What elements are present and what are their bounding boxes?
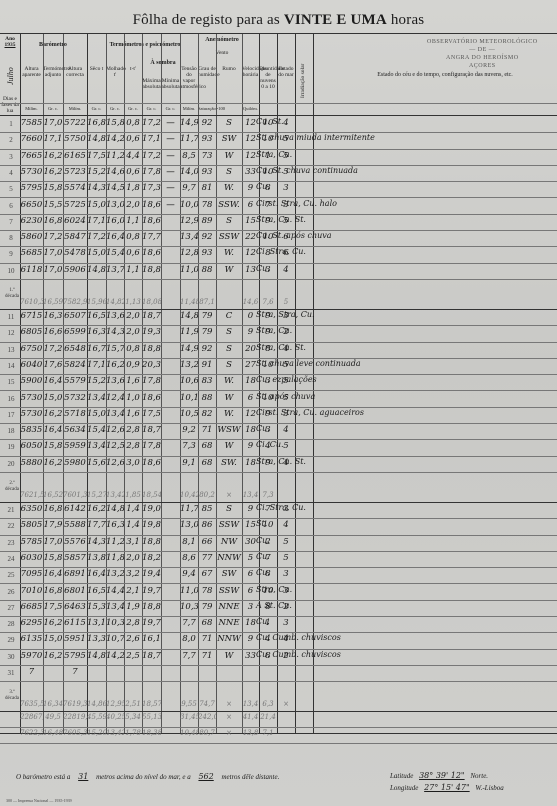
cell-diff: 1,1	[124, 216, 142, 226]
table-row: 23578517,0557614,311,23,118,88,166NW3025…	[0, 536, 557, 552]
cell-term_adj: 17,6	[43, 360, 63, 370]
cell-max: 17,2	[142, 118, 161, 128]
table-row: 26701016,8680116,514,42,119,711,078SSW61…	[0, 585, 557, 601]
cell-tensao: 9,1	[180, 458, 198, 468]
year-cell: Ano 1935	[0, 36, 20, 48]
cell-rumo: NNW	[216, 553, 242, 563]
cell-nuvens: 7,6	[259, 298, 277, 306]
cell-humid: 88	[198, 393, 216, 403]
cell-seco: 15,6	[87, 458, 106, 468]
cell-term_adj: 15,8	[43, 183, 63, 193]
baro-distance: 562	[192, 772, 219, 781]
stamp-line2: — DE —	[427, 46, 538, 54]
cell-min: —	[161, 151, 180, 161]
cell-veloc: 14,6	[242, 298, 259, 306]
cell-alt_corr: 6548	[63, 344, 87, 354]
cell-diff: 2,0	[124, 311, 142, 321]
total-diff: 1,78	[124, 729, 142, 737]
cell-humid: 74,7	[198, 700, 216, 708]
column-header-humid: Grau de humidade	[198, 66, 216, 78]
cell-term_adj: 16,8	[43, 504, 63, 514]
cell-alt_ap: 7665	[20, 151, 43, 161]
column-unit-humid: Saturação=100	[198, 106, 216, 112]
total-alt_corr: 22819,12	[63, 713, 87, 721]
cell-diff: 3,2	[124, 569, 142, 579]
table-row: 5579515,8557414,314,51,817,3—9,781W.983C…	[0, 182, 557, 198]
cell-term_adj: 16,2	[43, 151, 63, 161]
cell-alt_ap: 5805	[20, 520, 43, 530]
cell-alt_corr: 5847	[63, 232, 87, 242]
cell-rumo: SW.	[216, 458, 242, 468]
cell-humid: 77	[198, 553, 216, 563]
cell-max: 18,7	[142, 651, 161, 661]
cell-alt_corr: 5722	[63, 118, 87, 128]
cell-diff: 2,51	[124, 700, 142, 708]
weather-remarks: Cu. ezpalações	[256, 375, 317, 384]
cell-seco: 16,8	[87, 118, 106, 128]
cell-diff: 0,8	[124, 118, 142, 128]
day-number: 29	[4, 636, 18, 644]
weather-remarks: St.	[256, 519, 267, 528]
day-number: 30	[4, 653, 18, 661]
cell-term_adj: 16,34	[43, 700, 63, 708]
cell-diff: 1,9	[124, 602, 142, 612]
day-number: 11	[4, 313, 18, 321]
table-row: 1758517,0572216,815,80,817,2—14,992S1210…	[0, 117, 557, 133]
row-rule	[0, 743, 557, 744]
cell-tensao: 12,9	[180, 216, 198, 226]
cell-molhado: 16,4	[106, 232, 124, 242]
total-veloc: 13,8	[242, 729, 259, 737]
cell-molhado: 12,5	[106, 441, 124, 451]
stamp-line1: OBSERVATÓRIO METEOROLÓGICO	[427, 38, 538, 46]
cell-molhado: 14,2	[106, 651, 124, 661]
cell-term_adj: 17,0	[43, 265, 63, 275]
cell-diff: 1,0	[124, 393, 142, 403]
cell-min: —	[161, 167, 180, 177]
cell-seco: 15,96	[87, 298, 106, 306]
cell-seco: 14,8	[87, 134, 106, 144]
cell-molhado: 11,2	[106, 537, 124, 547]
day-number: 16	[4, 395, 18, 403]
cell-molhado: 14,3	[106, 327, 124, 337]
table-row: 4573016,2572315,214,60,617,8—14,093S3310…	[0, 166, 557, 182]
total-humid: 242,0	[198, 713, 216, 721]
cell-alt_ap: 7660	[20, 134, 43, 144]
cell-alt_corr: 6115	[63, 618, 87, 628]
cell-diff: 4,4	[124, 151, 142, 161]
cell-molhado: 12,6	[106, 425, 124, 435]
cell-seco: 17,2	[87, 232, 106, 242]
column-header-alt_ap: Altura aparente	[20, 66, 43, 78]
cell-rumo: NNW	[216, 634, 242, 644]
cell-diff: 2,1	[124, 586, 142, 596]
cell-diff: 3,0	[124, 458, 142, 468]
year-value: 1935	[0, 42, 20, 48]
cell-seco: 17,5	[87, 151, 106, 161]
total-diff: 5,34	[124, 713, 142, 721]
table-row: 9568517,0547815,015,40,618,612,893W.1286…	[0, 247, 557, 263]
cell-rumo: S	[216, 327, 242, 337]
cell-alt_corr: 5478	[63, 248, 87, 258]
cell-tensao: 11,0	[180, 586, 198, 596]
imprint: 300 — Imprensa Nacional — 1935-1939	[6, 798, 72, 803]
day-number: 6	[4, 202, 18, 210]
cell-term_adj: 16,3	[43, 311, 63, 321]
cell-tensao: 13,0	[180, 520, 198, 530]
cell-rumo: SSW.	[216, 200, 242, 210]
cell-mar: 3	[277, 569, 295, 579]
cell-tensao: 7,3	[180, 441, 198, 451]
cell-max: 18,6	[142, 200, 161, 210]
weather-remarks: Cu. Cumb. chuviscos	[256, 633, 341, 642]
table-row: 7623016,8602417,116,01,118,612,989S1595S…	[0, 215, 557, 231]
column-unit-veloc: Quilóm.	[242, 106, 259, 112]
group-wind: Vento	[204, 50, 240, 56]
cell-molhado: 14,5	[106, 183, 124, 193]
cell-humid: 68	[198, 458, 216, 468]
cell-max: 18,7	[142, 311, 161, 321]
table-row: 2766017,1575014,814,20,617,1—11,793SW121…	[0, 133, 557, 149]
decade-summary-row: 1.ª década7610,3516,597582,9415,9614,821…	[0, 280, 557, 310]
weather-remarks: St. chuva leve continuada	[256, 359, 361, 368]
weather-remarks: Cu.	[256, 182, 270, 191]
cell-diff: 2,8	[124, 441, 142, 451]
table-row: 14604017,6582417,116,20,920,313,291S2710…	[0, 359, 557, 375]
cell-alt_corr: 5725	[63, 200, 87, 210]
cell-tensao: 8,6	[180, 553, 198, 563]
cell-diff: 1,13	[124, 298, 142, 306]
cell-alt_ap: 6030	[20, 553, 43, 563]
title-prefix: Fôlha de registo para as	[133, 12, 280, 28]
cell-tensao: 7,7	[180, 651, 198, 661]
cell-rumo: W	[216, 151, 242, 161]
decade-label: 2.ª década	[2, 481, 22, 493]
cell-max: 16,1	[142, 634, 161, 644]
cell-seco: 17,1	[87, 216, 106, 226]
cell-tensao: 10,0	[180, 200, 198, 210]
cell-term_adj: 16,59	[43, 298, 63, 306]
day-number: 10	[4, 267, 18, 275]
cell-rumo: W	[216, 393, 242, 403]
total-seco: 45,59	[87, 713, 106, 721]
cell-mar: ×	[277, 700, 295, 708]
cell-max: 18,57	[142, 700, 161, 708]
cell-alt_ap: 7585	[20, 118, 43, 128]
column-unit-alt_ap: Milím.	[20, 106, 43, 112]
cell-diff: 2,0	[124, 327, 142, 337]
cell-seco: 16,7	[87, 344, 106, 354]
cell-molhado: 13,4	[106, 409, 124, 419]
cell-max: 19,3	[142, 327, 161, 337]
cell-alt_ap: 6750	[20, 344, 43, 354]
cell-nuvens: 6,3	[259, 700, 277, 708]
cell-max: 17,8	[142, 441, 161, 451]
cell-seco: 13,4	[87, 441, 106, 451]
column-header-diff: t-t'	[124, 66, 142, 72]
cell-alt_ap: 5835	[20, 425, 43, 435]
weather-remarks: Cu. St. após chuva	[256, 231, 332, 240]
total-nuvens: 21,4	[259, 713, 277, 721]
baro-suffix: metros dêle distante.	[221, 773, 279, 781]
cell-rumo: ×	[216, 491, 242, 499]
cell-alt_corr: 6463	[63, 602, 87, 612]
cell-alt_ap: 5730	[20, 409, 43, 419]
cell-humid: 86	[198, 520, 216, 530]
column-unit-alt_corr: Milím.	[63, 106, 87, 112]
day-number: 20	[4, 460, 18, 468]
observatory-stamp: OBSERVATÓRIO METEOROLÓGICO — DE — ANGRA …	[427, 38, 538, 70]
day-number: 2	[4, 136, 18, 144]
cell-term_adj: 15,0	[43, 634, 63, 644]
cell-alt_ap: 6230	[20, 216, 43, 226]
cell-veloc: 13,4	[242, 491, 259, 499]
barometer-note: O barómetro está a 31 metros acima do ní…	[16, 772, 279, 781]
cell-tensao: 7,7	[180, 618, 198, 628]
cell-molhado: 12,95	[106, 700, 124, 708]
longitude-value: 27° 15' 47"	[420, 783, 474, 792]
cell-seco: 13,3	[87, 634, 106, 644]
total-molhado: 40,25	[106, 713, 124, 721]
cell-rumo: S	[216, 360, 242, 370]
cell-alt_corr: 5588	[63, 520, 87, 530]
cell-rumo: ×	[216, 700, 242, 708]
cell-tensao: 9,55	[180, 700, 198, 708]
group-shade: À sombra	[145, 60, 181, 66]
weather-remarks: Stra, Cu. St.	[256, 457, 306, 466]
table-row: 22580517,9558817,716,31,419,813,086SSW15…	[0, 519, 557, 535]
total-humid: 80,7	[198, 729, 216, 737]
cell-alt_ap: 7610,35	[20, 298, 43, 306]
cell-term_adj: 16,2	[43, 618, 63, 628]
total-term_adj: 16,48	[43, 729, 63, 737]
cell-tensao: 12,8	[180, 248, 198, 258]
stamp-line4: AÇORES	[427, 62, 538, 70]
day-number: 9	[4, 250, 18, 258]
cell-seco: 16,3	[87, 327, 106, 337]
cell-seco: 14,8	[87, 651, 106, 661]
cell-alt_ap: 6040	[20, 360, 43, 370]
group-barometer: Barómetro	[20, 42, 86, 48]
cell-max: 19,7	[142, 618, 161, 628]
cell-diff: 1,1	[124, 265, 142, 275]
cell-mar: 4	[277, 265, 295, 275]
cell-alt_ap: 5785	[20, 537, 43, 547]
cell-max: 17,2	[142, 151, 161, 161]
cell-alt_ap: 5900	[20, 376, 43, 386]
cell-alt_corr: 5574	[63, 183, 87, 193]
cell-humid: 68	[198, 441, 216, 451]
cell-alt_corr: 7619,35	[63, 700, 87, 708]
cell-diff: 0,6	[124, 248, 142, 258]
cell-veloc: 13,4	[242, 700, 259, 708]
cell-alt_corr: 5576	[63, 537, 87, 547]
cell-alt_corr: 6599	[63, 327, 87, 337]
cell-humid: 92	[198, 232, 216, 242]
weather-remarks: Cu.	[256, 536, 270, 545]
cell-seco: 16,5	[87, 586, 106, 596]
column-unit-seco: Gr. c.	[87, 106, 106, 112]
cell-alt_corr: 6801	[63, 586, 87, 596]
cell-seco: 15,2	[87, 376, 106, 386]
cell-min: —	[161, 134, 180, 144]
cell-tensao: 14,0	[180, 167, 198, 177]
weather-remarks: Cu.	[256, 617, 270, 626]
table-row: 24603015,8585713,811,82,018,28,677NNW575…	[0, 552, 557, 568]
total-term_adj: 49,5	[43, 713, 63, 721]
column-header-min: Mínima absoluta	[161, 78, 180, 90]
weather-remarks: Ci. Stra, Cu.	[256, 503, 306, 512]
cell-term_adj: 17,0	[43, 248, 63, 258]
cell-rumo: W	[216, 441, 242, 451]
cell-alt_corr: 6024	[63, 216, 87, 226]
cell-term_adj: 17,5	[43, 602, 63, 612]
cell-tensao: 10,1	[180, 393, 198, 403]
cell-diff: 1,4	[124, 504, 142, 514]
weather-remarks: St. após chuva	[256, 392, 315, 401]
cell-molhado: 13,4	[106, 602, 124, 612]
cell-diff: 2,6	[124, 634, 142, 644]
latitude-dir: Norte.	[470, 772, 488, 780]
cell-molhado: 13,0	[106, 200, 124, 210]
total-rumo: ×	[216, 729, 242, 737]
day-number: 15	[4, 378, 18, 386]
cell-molhado: 13,6	[106, 376, 124, 386]
cell-humid: 67	[198, 569, 216, 579]
register-sheet: Fôlha de registo para as VINTE E UMA hor…	[0, 0, 557, 806]
cell-rumo: W.	[216, 409, 242, 419]
cell-humid: 78	[198, 200, 216, 210]
table-row: 16573015,0573213,412,41,018,610,188W6105…	[0, 392, 557, 408]
row-rule	[0, 33, 557, 34]
cell-humid: 82	[198, 409, 216, 419]
column-header-nuvens: Quantidade de nuvens 0 a 10	[259, 66, 277, 90]
cell-diff: 2,0	[124, 200, 142, 210]
cell-alt_corr: 5634	[63, 425, 87, 435]
table-row: 28629516,2611513,110,32,819,77,768NNE181…	[0, 617, 557, 633]
cell-tensao: 11,7	[180, 504, 198, 514]
cell-term_adj: 15,0	[43, 393, 63, 403]
day-number: 21	[4, 506, 18, 514]
column-unit-molhado: Gr. c.	[106, 106, 124, 112]
cell-diff: 1,8	[124, 183, 142, 193]
day-number: 28	[4, 620, 18, 628]
column-header-remarks: Estado do céu e do tempo, configuração d…	[333, 72, 557, 78]
cell-max: 18,08	[142, 298, 161, 306]
table-row: 18583516,4563415,412,62,818,79,271WSW183…	[0, 424, 557, 440]
cell-rumo: SSW	[216, 586, 242, 596]
weather-remarks: Cu.	[256, 552, 270, 561]
cell-alt_ap: 7635,50	[20, 700, 43, 708]
table-row: 3177	[0, 666, 557, 682]
cell-molhado: 14,2	[106, 134, 124, 144]
total-max: 55,13	[142, 713, 161, 721]
cell-mar: 3	[277, 618, 295, 628]
cell-tensao: 8,1	[180, 537, 198, 547]
cell-seco: 16,5	[87, 311, 106, 321]
cell-term_adj: 15,8	[43, 553, 63, 563]
day-number: 8	[4, 234, 18, 242]
longitude-label: Longitude	[390, 784, 418, 792]
cell-humid: 87,1	[198, 298, 216, 306]
cell-seco: 15,2	[87, 167, 106, 177]
day-number: 23	[4, 539, 18, 547]
cell-humid: 68	[198, 618, 216, 628]
weather-remarks: Cu.	[256, 424, 270, 433]
longitude-dir: W.-Lisboa	[475, 784, 503, 792]
group-thermometers: Termómetros e psicrómetro	[87, 42, 203, 48]
cell-max: 18,6	[142, 393, 161, 403]
cell-tensao: 11,9	[180, 327, 198, 337]
cell-molhado: 13,2	[106, 569, 124, 579]
cell-alt_ap: 6295	[20, 618, 43, 628]
cell-rumo: SSW	[216, 232, 242, 242]
group-anemometer: Anemómetro	[204, 37, 240, 43]
weather-remarks: Cu. St.	[256, 117, 284, 126]
cell-tensao: 10,6	[180, 376, 198, 386]
page-title: Fôlha de registo para as VINTE E UMA hor…	[0, 12, 557, 29]
cell-seco: 17,1	[87, 360, 106, 370]
table-row: 29613515,0595113,310,72,616,18,071NNW944…	[0, 633, 557, 649]
cell-alt_corr: 5750	[63, 134, 87, 144]
cell-seco: 15,3	[87, 602, 106, 612]
cell-term_adj: 16,4	[43, 425, 63, 435]
weather-remarks: Cu.	[256, 568, 270, 577]
cell-max: 18,8	[142, 265, 161, 275]
total-rumo: ×	[216, 713, 242, 721]
table-row: 17573016,2571815,013,41,617,510,582W.129…	[0, 408, 557, 424]
cell-rumo: W.	[216, 248, 242, 258]
table-row: 19605015,8595913,412,52,817,87,368W945Ci…	[0, 440, 557, 456]
cell-molhado: 12,6	[106, 458, 124, 468]
cell-term_adj: 17,1	[43, 134, 63, 144]
column-unit-min: Gr. c.	[161, 106, 180, 112]
cell-seco: 17,7	[87, 520, 106, 530]
cell-humid: 93	[198, 134, 216, 144]
cell-rumo: NNE	[216, 618, 242, 628]
column-header-tensao: Tensão do vapor atmosférico	[180, 66, 198, 90]
cell-diff: 1,6	[124, 409, 142, 419]
cell-alt_ap: 6050	[20, 441, 43, 451]
cell-alt_ap: 5685	[20, 248, 43, 258]
cell-max: 18,8	[142, 537, 161, 547]
cell-humid: 66	[198, 537, 216, 547]
cell-alt_corr: 5906	[63, 265, 87, 275]
table-row: 6665015,5572515,013,02,018,6—10,078SSW.6…	[0, 199, 557, 215]
cell-alt_ap: 5730	[20, 393, 43, 403]
cell-tensao: 14,8	[180, 311, 198, 321]
cell-rumo: WSW	[216, 425, 242, 435]
cell-max: 17,8	[142, 167, 161, 177]
cell-seco: 15,0	[87, 409, 106, 419]
cell-alt_corr: 5579	[63, 376, 87, 386]
latitude-value: 38° 39' 12"	[415, 771, 469, 780]
weather-remarks: Stra, Stra, Cu.	[256, 310, 315, 319]
cell-rumo: SW	[216, 134, 242, 144]
weather-remarks: Stra, Cu. St.	[256, 215, 306, 224]
cell-alt_corr: 5857	[63, 553, 87, 563]
latitude-label: Latitude	[390, 772, 413, 780]
cell-max: 18,6	[142, 216, 161, 226]
cell-tensao: 11,0	[180, 265, 198, 275]
cell-tensao: 11,7	[180, 134, 198, 144]
cell-term_adj: 16,4	[43, 569, 63, 579]
cell-seco: 14,8	[87, 265, 106, 275]
day-number: 3	[4, 153, 18, 161]
total-alt_ap: 7622,38	[20, 729, 43, 737]
cell-humid: 79	[198, 602, 216, 612]
table-row: 11671516,3650716,513,62,018,714,879C093S…	[0, 310, 557, 326]
